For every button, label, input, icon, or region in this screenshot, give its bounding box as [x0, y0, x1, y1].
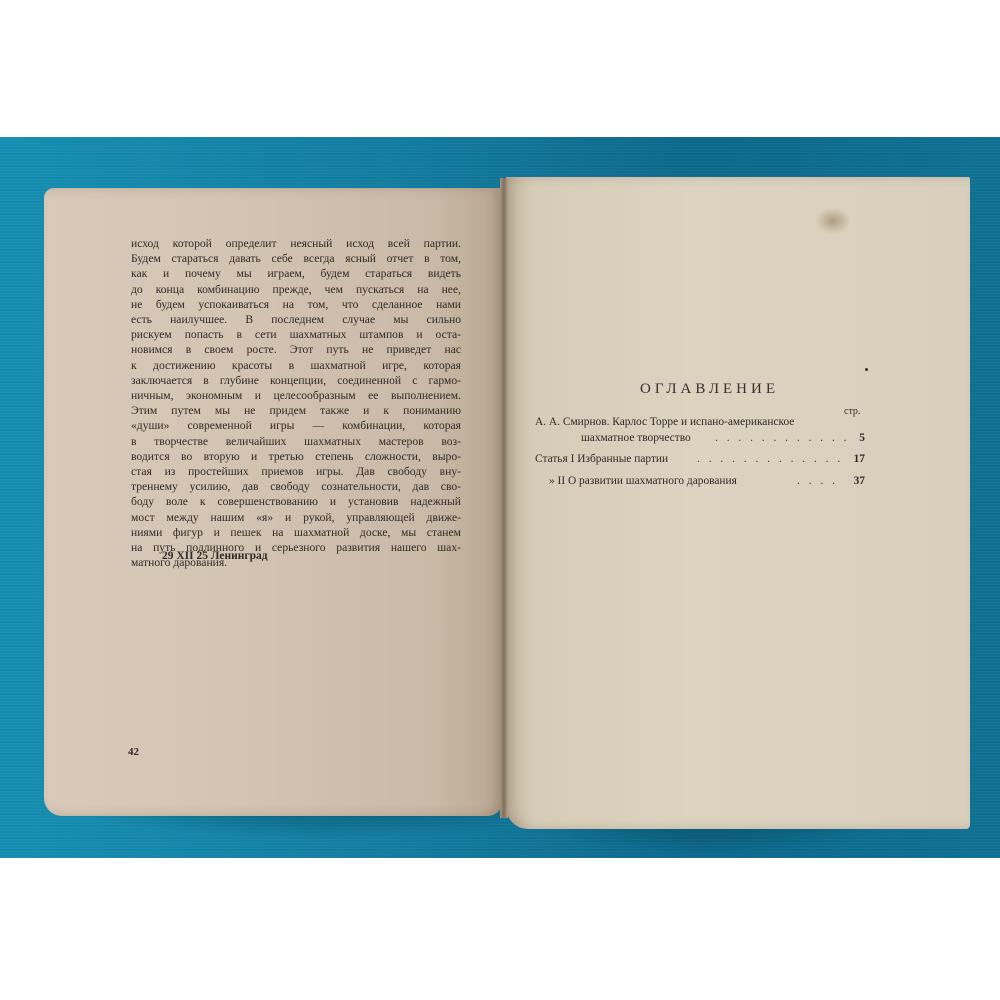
- body-text-line: боду воле к совершенствованию и установи…: [131, 494, 461, 509]
- table-of-contents: А. А. Смирнов. Карлос Торре и испано-аме…: [535, 415, 865, 489]
- body-text-line: новимся в своем росте. Этот путь не прив…: [131, 342, 461, 357]
- toc-leader-dots: . . . . . . . . . . . . .: [797, 474, 843, 490]
- paper-stain: [815, 208, 851, 234]
- book-spine: [500, 178, 508, 818]
- toc-entry-page: 17: [854, 452, 865, 468]
- toc-leader-dots: . . . . . . . . . . . . . . . . . . . . …: [697, 452, 843, 468]
- body-text-line: как и почему мы играем, будем стараться …: [131, 266, 461, 281]
- body-text-line: в творчестве величайших шахматных мастер…: [131, 434, 461, 449]
- page-number: 42: [128, 746, 139, 758]
- body-text-line: ничным, экономным и целесообразным ее вы…: [131, 388, 461, 403]
- toc-entry: А. А. Смирнов. Карлос Торре и испано-аме…: [535, 415, 865, 431]
- body-text-line: есть наилучшее. В последнем случае мы си…: [131, 312, 461, 327]
- toc-entry-page: 37: [854, 474, 865, 490]
- body-text-line: к достижению красоты в шахматной игре, к…: [131, 358, 461, 373]
- body-text-line: ниями фигур и пешек на шахматной доске, …: [131, 525, 461, 540]
- left-page-body-text: исход которой определит неясный исход вс…: [131, 236, 461, 570]
- body-text-line: не будем успокаиваться на том, что сдела…: [131, 297, 461, 312]
- body-text-line: водится во вторую и третью степень сложн…: [131, 449, 461, 464]
- toc-entry-label: А. А. Смирнов. Карлос Торре и испано-аме…: [535, 415, 794, 431]
- body-text-line: исход которой определит неясный исход вс…: [131, 236, 461, 251]
- body-text-line: треннему усилию, дав свободу сознательно…: [131, 479, 461, 494]
- body-text-line: до конца комбинацию прежде, чем пускатьс…: [131, 282, 461, 297]
- body-text-line: стая из простейших приемов игры. Дав сво…: [131, 464, 461, 479]
- toc-entry: шахматное творчество . . . . . . . . . .…: [535, 431, 865, 447]
- toc-leader-dots: . . . . . . . . . . . . . . . . . . . . …: [715, 431, 847, 447]
- toc-title: ОГЛАВЛЕНИЕ: [640, 381, 779, 398]
- toc-entry-page: 5: [859, 431, 865, 447]
- toc-entry: » II О развитии шахматного дарования . .…: [535, 474, 865, 490]
- right-page: [506, 177, 970, 829]
- paper-speck: [865, 368, 868, 371]
- body-text-line: рискуем попасть в сети шахматных штампов…: [131, 327, 461, 342]
- toc-entry: Статья I Избранные партии . . . . . . . …: [535, 452, 865, 468]
- body-text-line: «души» современной игры — комбинации, ко…: [131, 418, 461, 433]
- body-text-line: заключается в глубине концепции, соедине…: [131, 373, 461, 388]
- toc-entry-label: шахматное творчество: [581, 431, 691, 447]
- toc-entry-label: Статья I Избранные партии: [535, 452, 668, 468]
- body-text-line: Будем стараться давать себе всегда ясный…: [131, 251, 461, 266]
- toc-entry-label: » II О развитии шахматного дарования: [549, 474, 737, 490]
- body-text-line: Этим путем мы не придем также и к понима…: [131, 403, 461, 418]
- date-place-signature: 29 XII 25 Ленинград: [162, 550, 268, 562]
- body-text-line: мост между нашим «я» и рукой, управляюще…: [131, 510, 461, 525]
